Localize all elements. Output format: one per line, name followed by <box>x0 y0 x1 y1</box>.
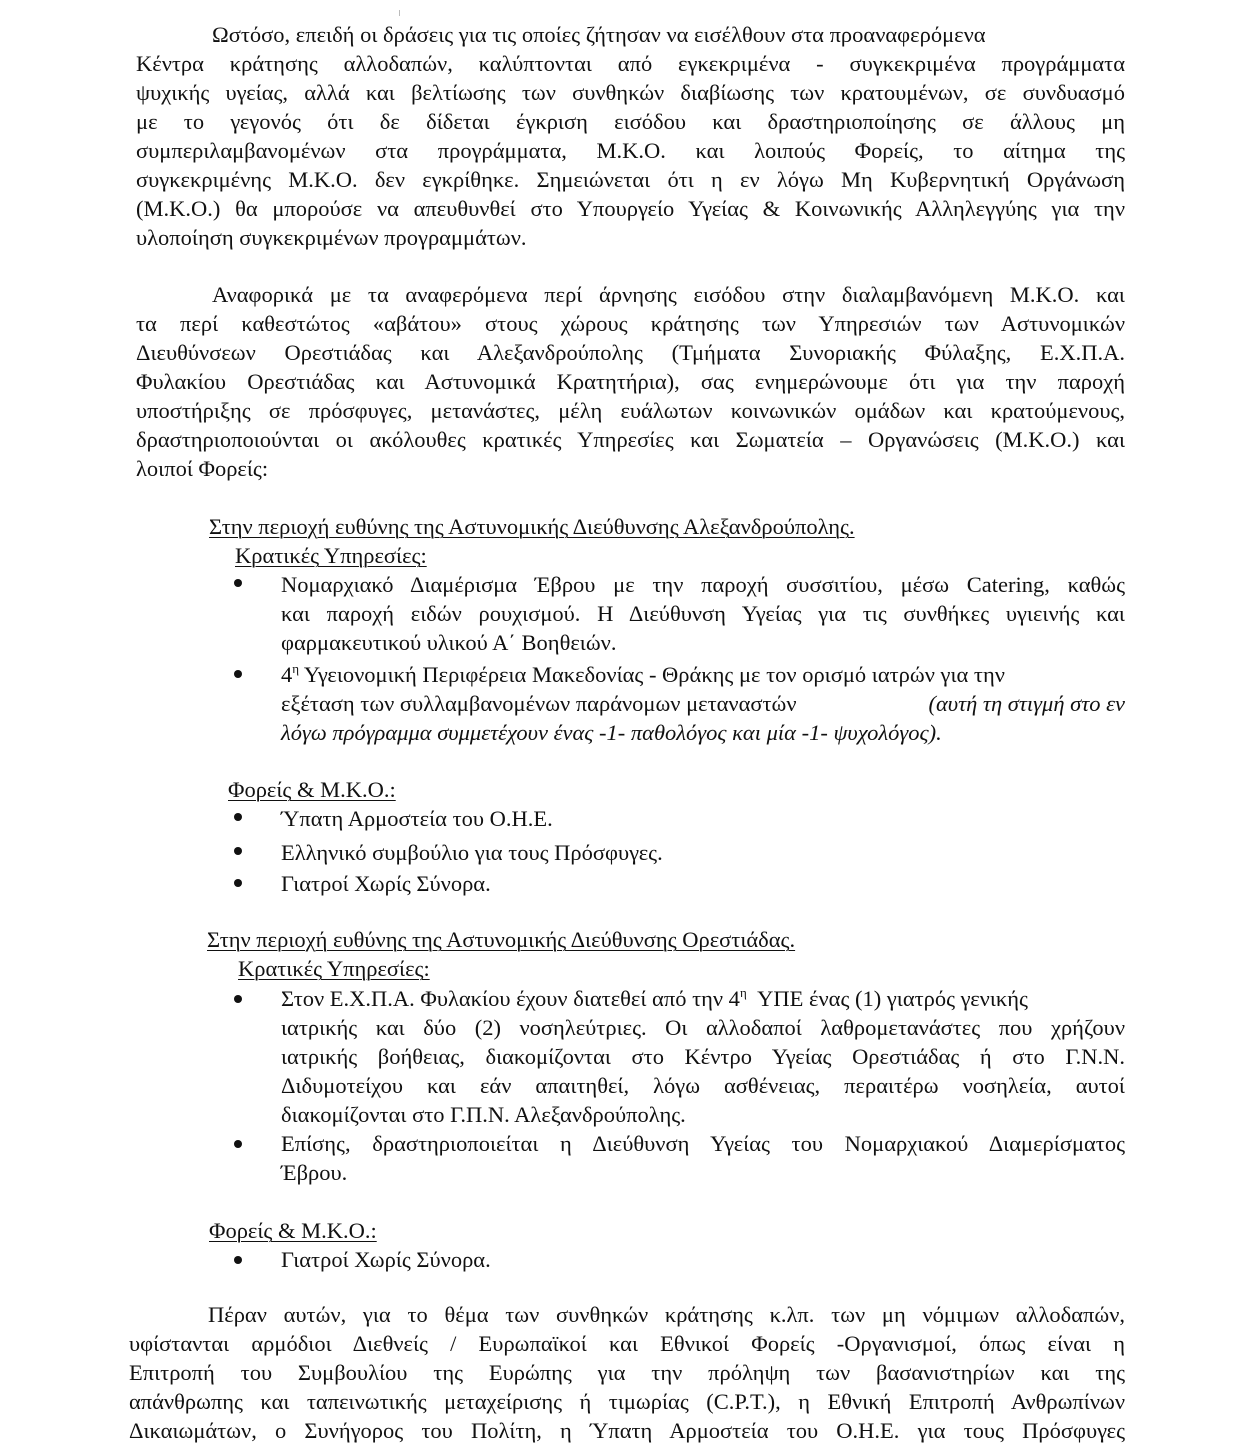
list-item-line: Νομαρχιακό Διαμέρισμα Έβρου με την παροχ… <box>281 570 1125 599</box>
list-item-text: Στον Ε.Χ.Π.Α. Φυλακίου έχουν διατεθεί απ… <box>281 986 740 1011</box>
list-item: Ελληνικό συμβούλιο για τους Πρόσφυγες. <box>281 838 663 867</box>
paragraph-line: υφίστανται αρμόδιοι Διεθνείς / Ευρωπαϊκο… <box>129 1329 1125 1358</box>
paragraph-line: απάνθρωπης και ταπεινωτικής μεταχείρισης… <box>129 1387 1125 1416</box>
paragraph-line: λοιποί Φορείς: <box>136 454 268 483</box>
list-item-line: εξέταση των συλλαμβανομένων παράνομων με… <box>281 689 1125 718</box>
subsection-heading-state-services: Κρατικές Υπηρεσίες: <box>238 954 430 983</box>
subsection-heading-state-services: Κρατικές Υπηρεσίες: <box>235 541 427 570</box>
paragraph-line: ψυχικής υγείας, αλλά και βελτίωσης των σ… <box>136 78 1125 107</box>
list-item-line: 4η Υγειονομική Περιφέρεια Μακεδονίας - Θ… <box>281 660 1125 689</box>
list-item-line: φαρμακευτικού υλικού Α΄ Βοηθειών. <box>281 628 616 657</box>
list-item-line: διακομίζονται στο Γ.Π.Ν. Αλεξανδρούπολης… <box>281 1100 686 1129</box>
paragraph-line: τα περί καθεστώτος «αβάτου» στους χώρους… <box>136 309 1125 338</box>
list-item-line: Έβρου. <box>281 1158 347 1187</box>
bullet-icon <box>234 995 242 1003</box>
paragraph-line: Ωστόσο, επειδή οι δράσεις για τις οποίες… <box>212 20 1125 49</box>
list-item-italic-line: λόγω πρόγραμμα συμμετέχουν ένας -1- παθο… <box>281 718 942 747</box>
list-item-line: Διδυμοτείχου και εάν απαιτηθεί, λόγω ασθ… <box>281 1071 1125 1100</box>
subsection-heading-ngos: Φορείς & Μ.Κ.Ο.: <box>209 1216 377 1245</box>
paragraph-line: Διευθύνσεων Ορεστιάδας και Αλεξανδρούπολ… <box>136 338 1125 367</box>
paragraph-line: υλοποίηση συγκεκριμένων προγραμμάτων. <box>136 223 527 252</box>
list-item-line: και παροχή ειδών ρουχισμού. Η Διεύθυνση … <box>281 599 1125 628</box>
list-item: Γιατροί Χωρίς Σύνορα. <box>281 1245 491 1274</box>
section-heading: Στην περιοχή ευθύνης της Αστυνομικής Διε… <box>207 925 795 954</box>
paragraph-line: Επιτροπή του Συμβουλίου της Ευρώπης για … <box>129 1358 1125 1387</box>
list-item-text: ΥΠΕ ένας (1) γιατρός γενικής <box>747 986 1028 1011</box>
bullet-icon <box>234 579 242 587</box>
list-item-line: ιατρικής και δύο (2) νοσηλεύτριες. Οι αλ… <box>281 1013 1125 1042</box>
list-item-line: Στον Ε.Χ.Π.Α. Φυλακίου έχουν διατεθεί απ… <box>281 984 1125 1013</box>
paragraph-line: Δικαιωμάτων, ο Συνήγορος του Πολίτη, η Ύ… <box>129 1416 1125 1445</box>
list-item-text: Υγειονομική Περιφέρεια Μακεδονίας - Θράκ… <box>299 662 1005 687</box>
paragraph-line: Αναφορικά με τα αναφερόμενα περί άρνησης… <box>212 280 1125 309</box>
paragraph-line: συμπεριλαμβανομένων στα προγράμματα, Μ.Κ… <box>136 136 1125 165</box>
bullet-icon <box>234 847 242 855</box>
scan-mark <box>399 10 400 16</box>
list-item-line: Επίσης, δραστηριοποιείται η Διεύθυνση Υγ… <box>281 1129 1125 1158</box>
bullet-icon <box>234 879 242 887</box>
list-item: Γιατροί Χωρίς Σύνορα. <box>281 869 491 898</box>
subsection-heading-ngos: Φορείς & Μ.Κ.Ο.: <box>228 775 396 804</box>
paragraph-line: υποστήριξης σε πρόσφυγες, μετανάστες, μέ… <box>136 396 1125 425</box>
paragraph-line: Πέραν αυτών, για το θέμα των συνθηκών κρ… <box>208 1300 1125 1329</box>
bullet-icon <box>234 670 242 678</box>
list-item-text: εξέταση των συλλαμβανομένων παράνομων με… <box>281 689 797 718</box>
paragraph-line: συγκεκριμένης Μ.Κ.Ο. δεν εγκρίθηκε. Σημε… <box>136 165 1125 194</box>
bullet-icon <box>234 1140 242 1148</box>
paragraph-line: δραστηριοποιούνται οι ακόλουθες κρατικές… <box>136 425 1125 454</box>
ordinal-superscript: η <box>740 985 747 1000</box>
paragraph-line: Φυλακίου Ορεστιάδας και Αστυνομικά Κρατη… <box>136 367 1125 396</box>
list-item-line: ιατρικής βοήθειας, διακομίζονται στο Κέν… <box>281 1042 1125 1071</box>
list-item: Ύπατη Αρμοστεία του Ο.Η.Ε. <box>281 804 553 833</box>
list-item-italic-text: (αυτή τη στιγμή στο εν <box>928 689 1125 718</box>
paragraph-line: Κέντρα κράτησης αλλοδαπών, καλύπτονται α… <box>136 49 1125 78</box>
document-page: Ωστόσο, επειδή οι δράσεις για τις οποίες… <box>0 0 1249 1446</box>
paragraph-line: με το γεγονός ότι δε δίδεται έγκριση εισ… <box>136 107 1125 136</box>
paragraph-line: (Μ.Κ.Ο.) θα μπορούσε να απευθυνθεί στο Υ… <box>136 194 1125 223</box>
ordinal-number: 4 <box>281 662 292 687</box>
section-heading: Στην περιοχή ευθύνης της Αστυνομικής Διε… <box>209 512 855 541</box>
bullet-icon <box>234 1256 242 1264</box>
bullet-icon <box>234 813 242 821</box>
